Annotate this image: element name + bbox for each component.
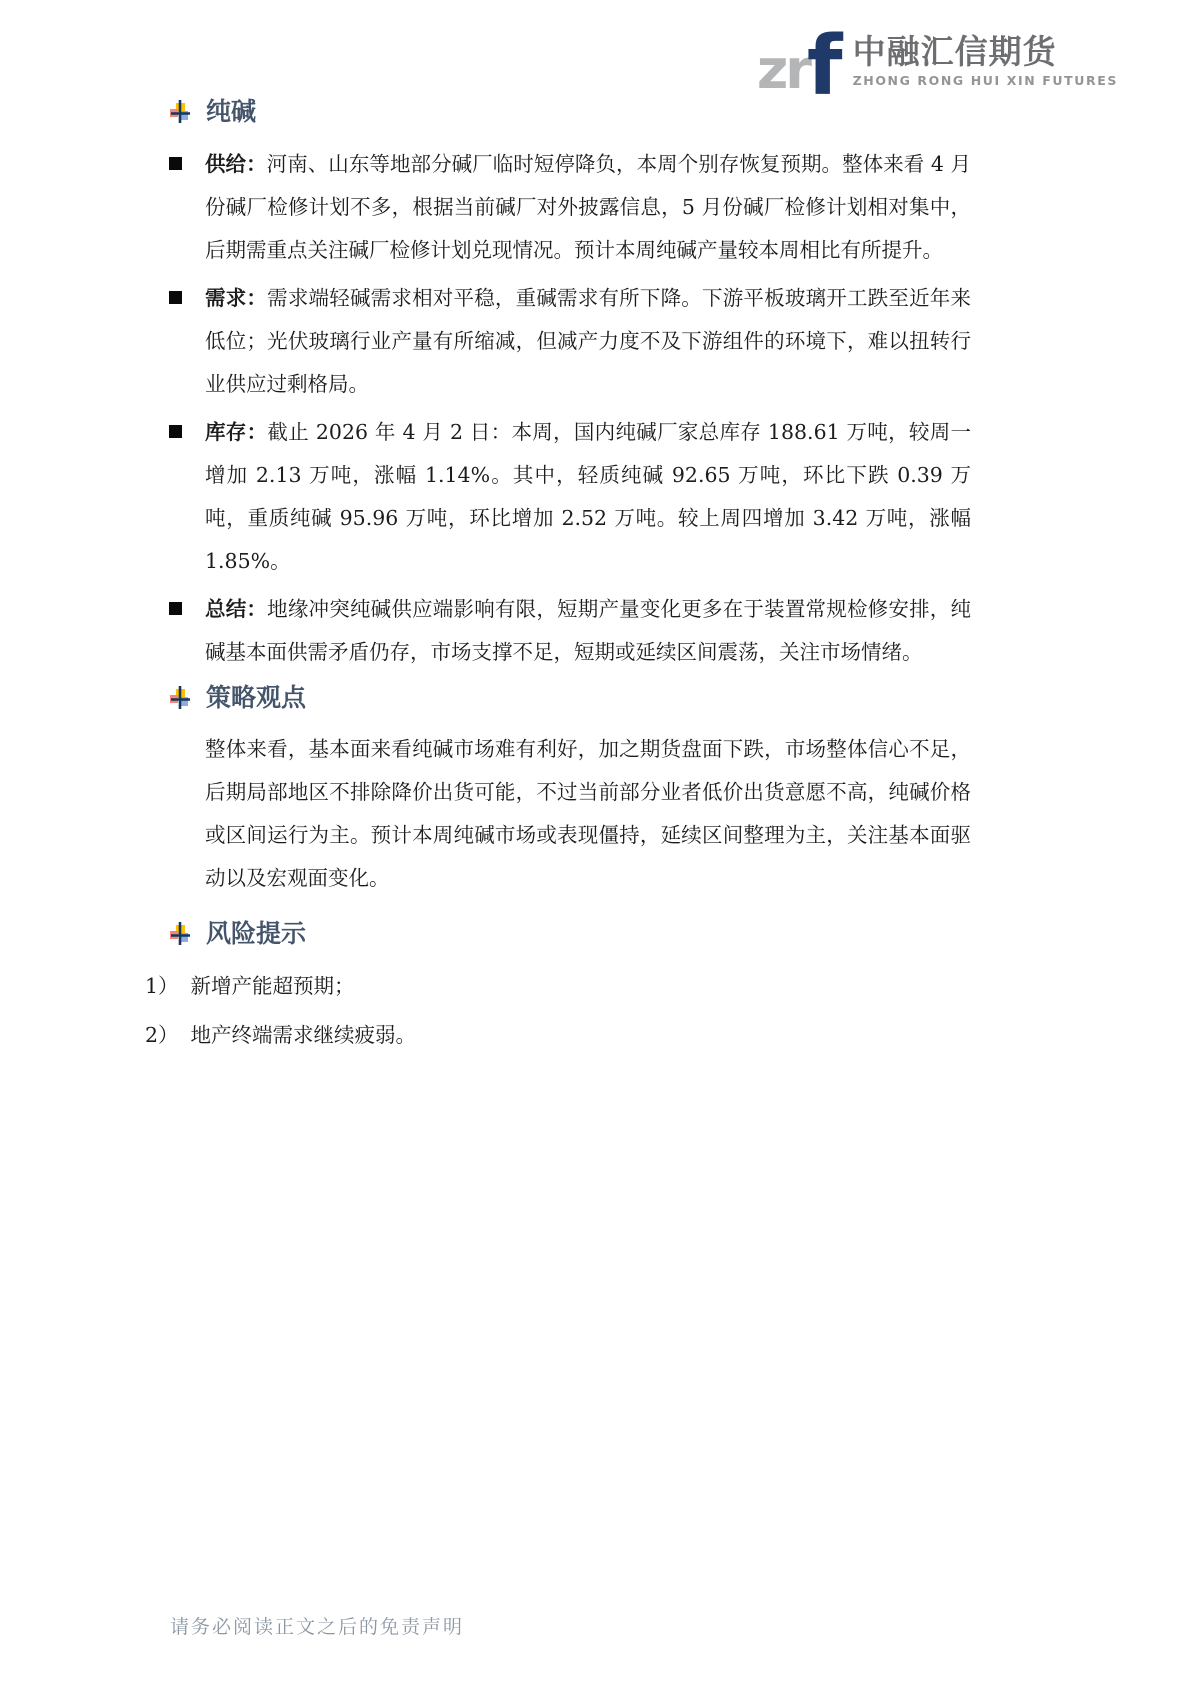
report-page: zrf 中融汇信期货 ZHONG RONG HUI XIN FUTURES 纯碱… [0, 0, 1190, 1683]
company-name-block: 中融汇信期货 ZHONG RONG HUI XIN FUTURES [853, 34, 1118, 88]
bullet-item-demand: 需求：需求端轻碱需求相对平稳，重碱需求有所下降。下游平板玻璃开工跌至近年来低位；… [205, 277, 971, 406]
bullet-text: 需求端轻碱需求相对平稳，重碱需求有所下降。下游平板玻璃开工跌至近年来低位；光伏玻… [205, 286, 971, 396]
square-bullet-icon [169, 425, 182, 438]
report-body: 纯碱 供给：河南、山东等地部分碱厂临时短停降负，本周个别存恢复预期。整体来看 4… [145, 96, 971, 1057]
ornament-bullet-icon [167, 100, 191, 124]
risk-number: 2） [145, 1023, 179, 1047]
footer-disclaimer: 请务必阅读正文之后的免责声明 [170, 1612, 464, 1639]
square-bullet-icon [169, 157, 182, 170]
bullet-item-supply: 供给：河南、山东等地部分碱厂临时短停降负，本周个别存恢复预期。整体来看 4 月份… [205, 143, 971, 272]
section-heading-strategy: 策略观点 [167, 682, 971, 715]
section-heading-soda-ash: 纯碱 [167, 96, 971, 129]
risk-number: 1） [145, 974, 179, 998]
risk-item: 2）地产终端需求继续疲弱。 [145, 1014, 971, 1057]
bullet-label: 需求： [205, 286, 267, 310]
ornament-bullet-icon [167, 686, 191, 710]
company-logo: zrf 中融汇信期货 ZHONG RONG HUI XIN FUTURES [757, 20, 1118, 102]
bullet-text: 地缘冲突纯碱供应端影响有限，短期产量变化更多在于装置常规检修安排，纯碱基本面供需… [205, 597, 971, 664]
bullet-text: 河南、山东等地部分碱厂临时短停降负，本周个别存恢复预期。整体来看 4 月份碱厂检… [205, 152, 971, 262]
section-title: 策略观点 [206, 682, 306, 715]
company-name-cn: 中融汇信期货 [853, 34, 1118, 70]
bullet-text: 截止 2026 年 4 月 2 日：本周，国内纯碱厂家总库存 188.61 万吨… [205, 420, 971, 573]
ornament-bullet-icon [167, 922, 191, 946]
company-name-en: ZHONG RONG HUI XIN FUTURES [853, 73, 1118, 88]
risk-text: 新增产能超预期； [191, 974, 355, 998]
bullet-label: 库存： [205, 420, 267, 444]
bullet-item-inventory: 库存：截止 2026 年 4 月 2 日：本周，国内纯碱厂家总库存 188.61… [205, 411, 971, 583]
square-bullet-icon [169, 291, 182, 304]
square-bullet-icon [169, 602, 182, 615]
section-heading-risk: 风险提示 [167, 918, 971, 951]
bullet-label: 总结： [205, 597, 267, 621]
risk-item: 1）新增产能超预期； [145, 965, 971, 1008]
bullet-item-summary: 总结：地缘冲突纯碱供应端影响有限，短期产量变化更多在于装置常规检修安排，纯碱基本… [205, 588, 971, 674]
risk-text: 地产终端需求继续疲弱。 [191, 1023, 417, 1047]
section-title: 风险提示 [206, 918, 306, 951]
zrf-logo-mark: zrf [757, 20, 843, 102]
logo-letters-zr: zr [757, 43, 809, 97]
section-title: 纯碱 [206, 96, 256, 129]
bullet-label: 供给： [205, 152, 267, 176]
strategy-paragraph: 整体来看，基本面来看纯碱市场难有利好，加之期货盘面下跌，市场整体信心不足，后期局… [205, 728, 971, 900]
